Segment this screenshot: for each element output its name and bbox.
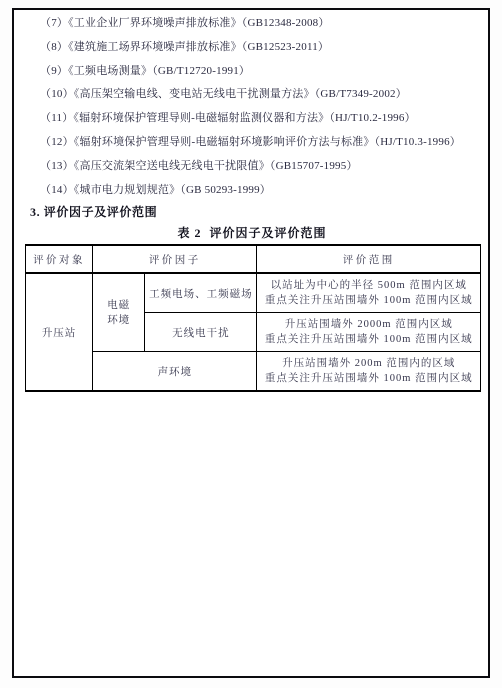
header-cell-scope: 评价范围 xyxy=(257,245,481,273)
scope-cell: 升压站围墙外 200m 范围内的区域 重点关注升压站围墙外 100m 范围内区域 xyxy=(257,352,481,392)
factor-group-label: 电磁环境 xyxy=(107,298,131,328)
object-cell: 升压站 xyxy=(26,273,93,391)
reference-item: （8）《建筑施工场界环境噪声排放标准》（GB12523-2011） xyxy=(40,36,488,60)
reference-item: （13）《高压交流架空送电线无线电干扰限值》（GB15707-1995） xyxy=(40,155,488,179)
table-header-row: 评价对象 评价因子 评价范围 xyxy=(26,245,481,273)
reference-list: （7）《工业企业厂界环境噪声排放标准》（GB12348-2008） （8）《建筑… xyxy=(40,12,488,202)
scope-cell: 升压站围墙外 2000m 范围内区域 重点关注升压站围墙外 100m 范围内区域 xyxy=(257,313,481,352)
section-heading: 3. 评价因子及评价范围 xyxy=(30,202,488,223)
table-caption: 表 2 评价因子及评价范围 xyxy=(25,223,479,244)
factor-cell: 无线电干扰 xyxy=(145,313,257,352)
factor-group-cell: 电磁环境 xyxy=(93,273,145,352)
header-cell-factor: 评价因子 xyxy=(93,245,257,273)
document-canvas: （7）《工业企业厂界环境噪声排放标准》（GB12348-2008） （8）《建筑… xyxy=(0,0,502,688)
reference-item: （11）《辐射环境保护管理导则-电磁辐射监测仪器和方法》（HJ/T10.2-19… xyxy=(40,107,488,131)
reference-item: （14）《城市电力规划规范》（GB 50293-1999） xyxy=(40,179,488,203)
evaluation-table: 评价对象 评价因子 评价范围 升压站 电磁环境 工频电场、工频磁场 以站址为中心… xyxy=(25,244,481,392)
header-cell-object: 评价对象 xyxy=(26,245,93,273)
reference-item: （7）《工业企业厂界环境噪声排放标准》（GB12348-2008） xyxy=(40,12,488,36)
reference-item: （9）《工频电场测量》（GB/T12720-1991） xyxy=(40,60,488,84)
factor-cell: 工频电场、工频磁场 xyxy=(145,273,257,313)
factor-cell: 声环境 xyxy=(93,352,257,392)
reference-item: （12）《辐射环境保护管理导则-电磁辐射环境影响评价方法与标准》（HJ/T10.… xyxy=(40,131,488,155)
document-content: （7）《工业企业厂界环境噪声排放标准》（GB12348-2008） （8）《建筑… xyxy=(16,12,488,392)
table-row: 声环境 升压站围墙外 200m 范围内的区域 重点关注升压站围墙外 100m 范… xyxy=(26,352,481,392)
scope-cell: 以站址为中心的半径 500m 范围内区域 重点关注升压站围墙外 100m 范围内… xyxy=(257,273,481,313)
table-row: 升压站 电磁环境 工频电场、工频磁场 以站址为中心的半径 500m 范围内区域 … xyxy=(26,273,481,313)
reference-item: （10）《高压架空输电线、变电站无线电干扰测量方法》（GB/T7349-2002… xyxy=(40,83,488,107)
document-page: （7）《工业企业厂界环境噪声排放标准》（GB12348-2008） （8）《建筑… xyxy=(12,8,490,678)
